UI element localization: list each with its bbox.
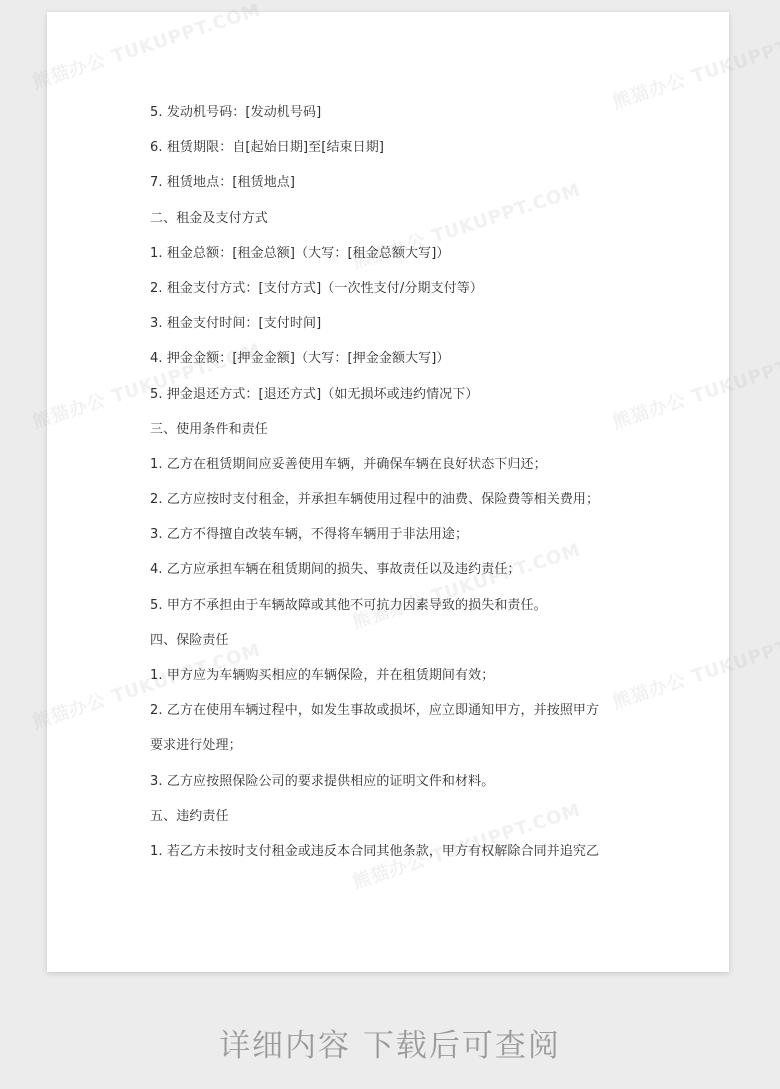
- clause-item: 5. 发动机号码：[发动机号码]: [150, 104, 670, 122]
- clause-item: 2. 乙方应按时支付租金，并承担车辆使用过程中的油费、保险费等相关费用；: [150, 491, 670, 509]
- document-page: 熊猫办公 TUKUPPT.COM 熊猫办公 TUKUPPT.COM 熊猫办公 T…: [47, 12, 729, 972]
- document-body: 5. 发动机号码：[发动机号码] 6. 租赁期限：自[起始日期]至[结束日期] …: [150, 104, 670, 878]
- clause-item: 1. 若乙方未按时支付租金或违反本合同其他条款，甲方有权解除合同并追究乙: [150, 843, 670, 861]
- clause-item: 6. 租赁期限：自[起始日期]至[结束日期]: [150, 139, 670, 157]
- clause-item: 1. 租金总额：[租金总额]（大写：[租金总额大写]）: [150, 245, 670, 263]
- clause-item: 3. 租金支付时间：[支付时间]: [150, 315, 670, 333]
- clause-item: 4. 押金金额：[押金金额]（大写：[押金金额大写]）: [150, 350, 670, 368]
- clause-item: 1. 乙方在租赁期间应妥善使用车辆，并确保车辆在良好状态下归还；: [150, 456, 670, 474]
- clause-item: 4. 乙方应承担车辆在租赁期间的损失、事故责任以及违约责任；: [150, 561, 670, 579]
- section-heading: 四、保险责任: [150, 632, 670, 650]
- clause-item: 3. 乙方应按照保险公司的要求提供相应的证明文件和材料。: [150, 773, 670, 791]
- clause-item: 1. 甲方应为车辆购买相应的车辆保险，并在租赁期间有效；: [150, 667, 670, 685]
- section-heading: 二、租金及支付方式: [150, 210, 670, 228]
- clause-item: 5. 押金退还方式：[退还方式]（如无损坏或违约情况下）: [150, 386, 670, 404]
- clause-item: 2. 租金支付方式：[支付方式]（一次性支付/分期支付等）: [150, 280, 670, 298]
- download-caption: 详细内容 下载后可查阅: [0, 1020, 780, 1065]
- clause-item: 2. 乙方在使用车辆过程中，如发生事故或损坏，应立即通知甲方，并按照甲方: [150, 702, 670, 720]
- watermark: 熊猫办公 TUKUPPT.COM: [29, 0, 264, 94]
- clause-item: 7. 租赁地点：[租赁地点]: [150, 174, 670, 192]
- section-heading: 五、违约责任: [150, 808, 670, 826]
- watermark: 熊猫办公 TUKUPPT.COM: [609, 16, 780, 114]
- clause-item: 5. 甲方不承担由于车辆故障或其他不可抗力因素导致的损失和责任。: [150, 597, 670, 615]
- clause-item-continuation: 要求进行处理；: [150, 737, 670, 755]
- section-heading: 三、使用条件和责任: [150, 421, 670, 439]
- clause-item: 3. 乙方不得擅自改装车辆，不得将车辆用于非法用途；: [150, 526, 670, 544]
